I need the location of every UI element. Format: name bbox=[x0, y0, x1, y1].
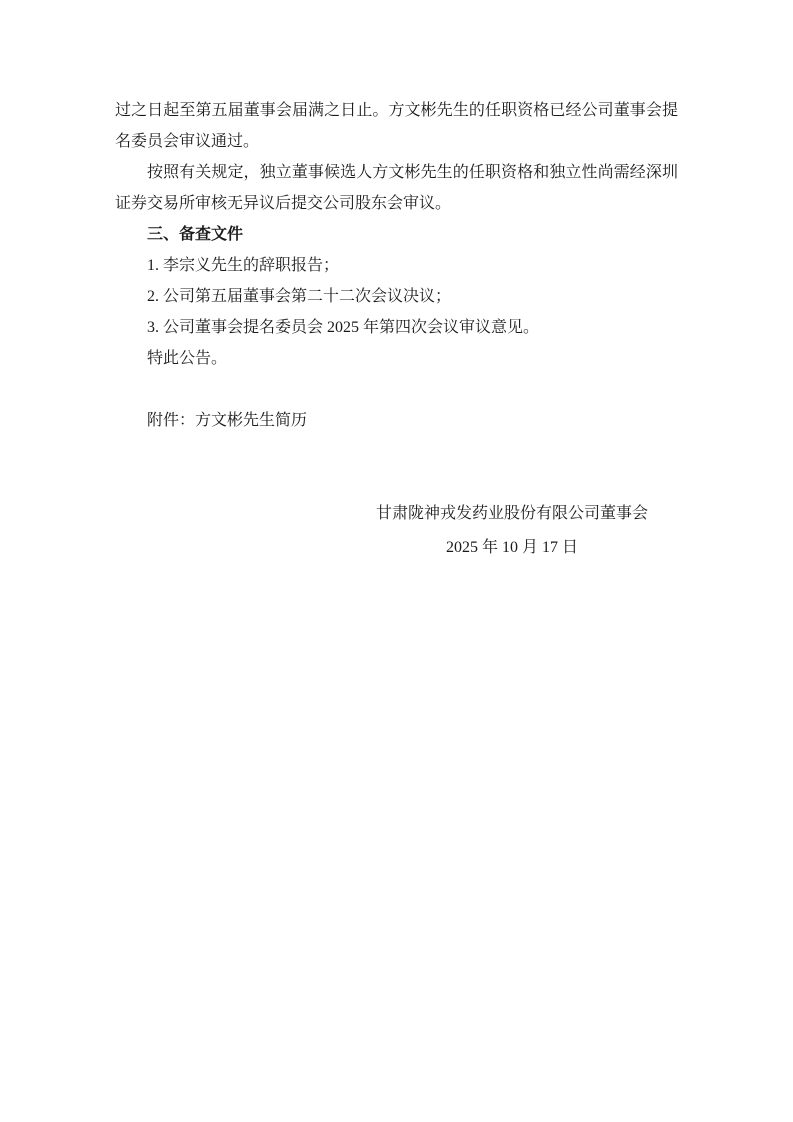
section-heading-reference-documents: 三、备查文件 bbox=[115, 219, 678, 250]
reference-item-2: 2. 公司第五届董事会第二十二次会议决议； bbox=[115, 281, 678, 312]
blank-line bbox=[115, 374, 678, 405]
signature-block: 甘肃陇神戎发药业股份有限公司董事会 2025 年 10 月 17 日 bbox=[346, 498, 678, 563]
signer-name: 甘肃陇神戎发药业股份有限公司董事会 bbox=[346, 498, 678, 529]
paragraph-regulatory-review: 按照有关规定，独立董事候选人方文彬先生的任职资格和独立性尚需经深圳证券交易所审核… bbox=[115, 157, 678, 219]
reference-item-3: 3. 公司董事会提名委员会 2025 年第四次会议审议意见。 bbox=[115, 312, 678, 343]
blank-lines bbox=[115, 436, 678, 498]
closing-statement: 特此公告。 bbox=[115, 343, 678, 374]
reference-item-1: 1. 李宗义先生的辞职报告； bbox=[115, 250, 678, 281]
paragraph-term-continuation: 过之日起至第五届董事会届满之日止。方文彬先生的任职资格已经公司董事会提名委员会审… bbox=[115, 95, 678, 157]
document-body: 过之日起至第五届董事会届满之日止。方文彬先生的任职资格已经公司董事会提名委员会审… bbox=[115, 95, 678, 563]
document-page: 过之日起至第五届董事会届满之日止。方文彬先生的任职资格已经公司董事会提名委员会审… bbox=[0, 0, 793, 1122]
signature-date: 2025 年 10 月 17 日 bbox=[346, 532, 678, 563]
attachment-note: 附件：方文彬先生简历 bbox=[115, 405, 678, 436]
